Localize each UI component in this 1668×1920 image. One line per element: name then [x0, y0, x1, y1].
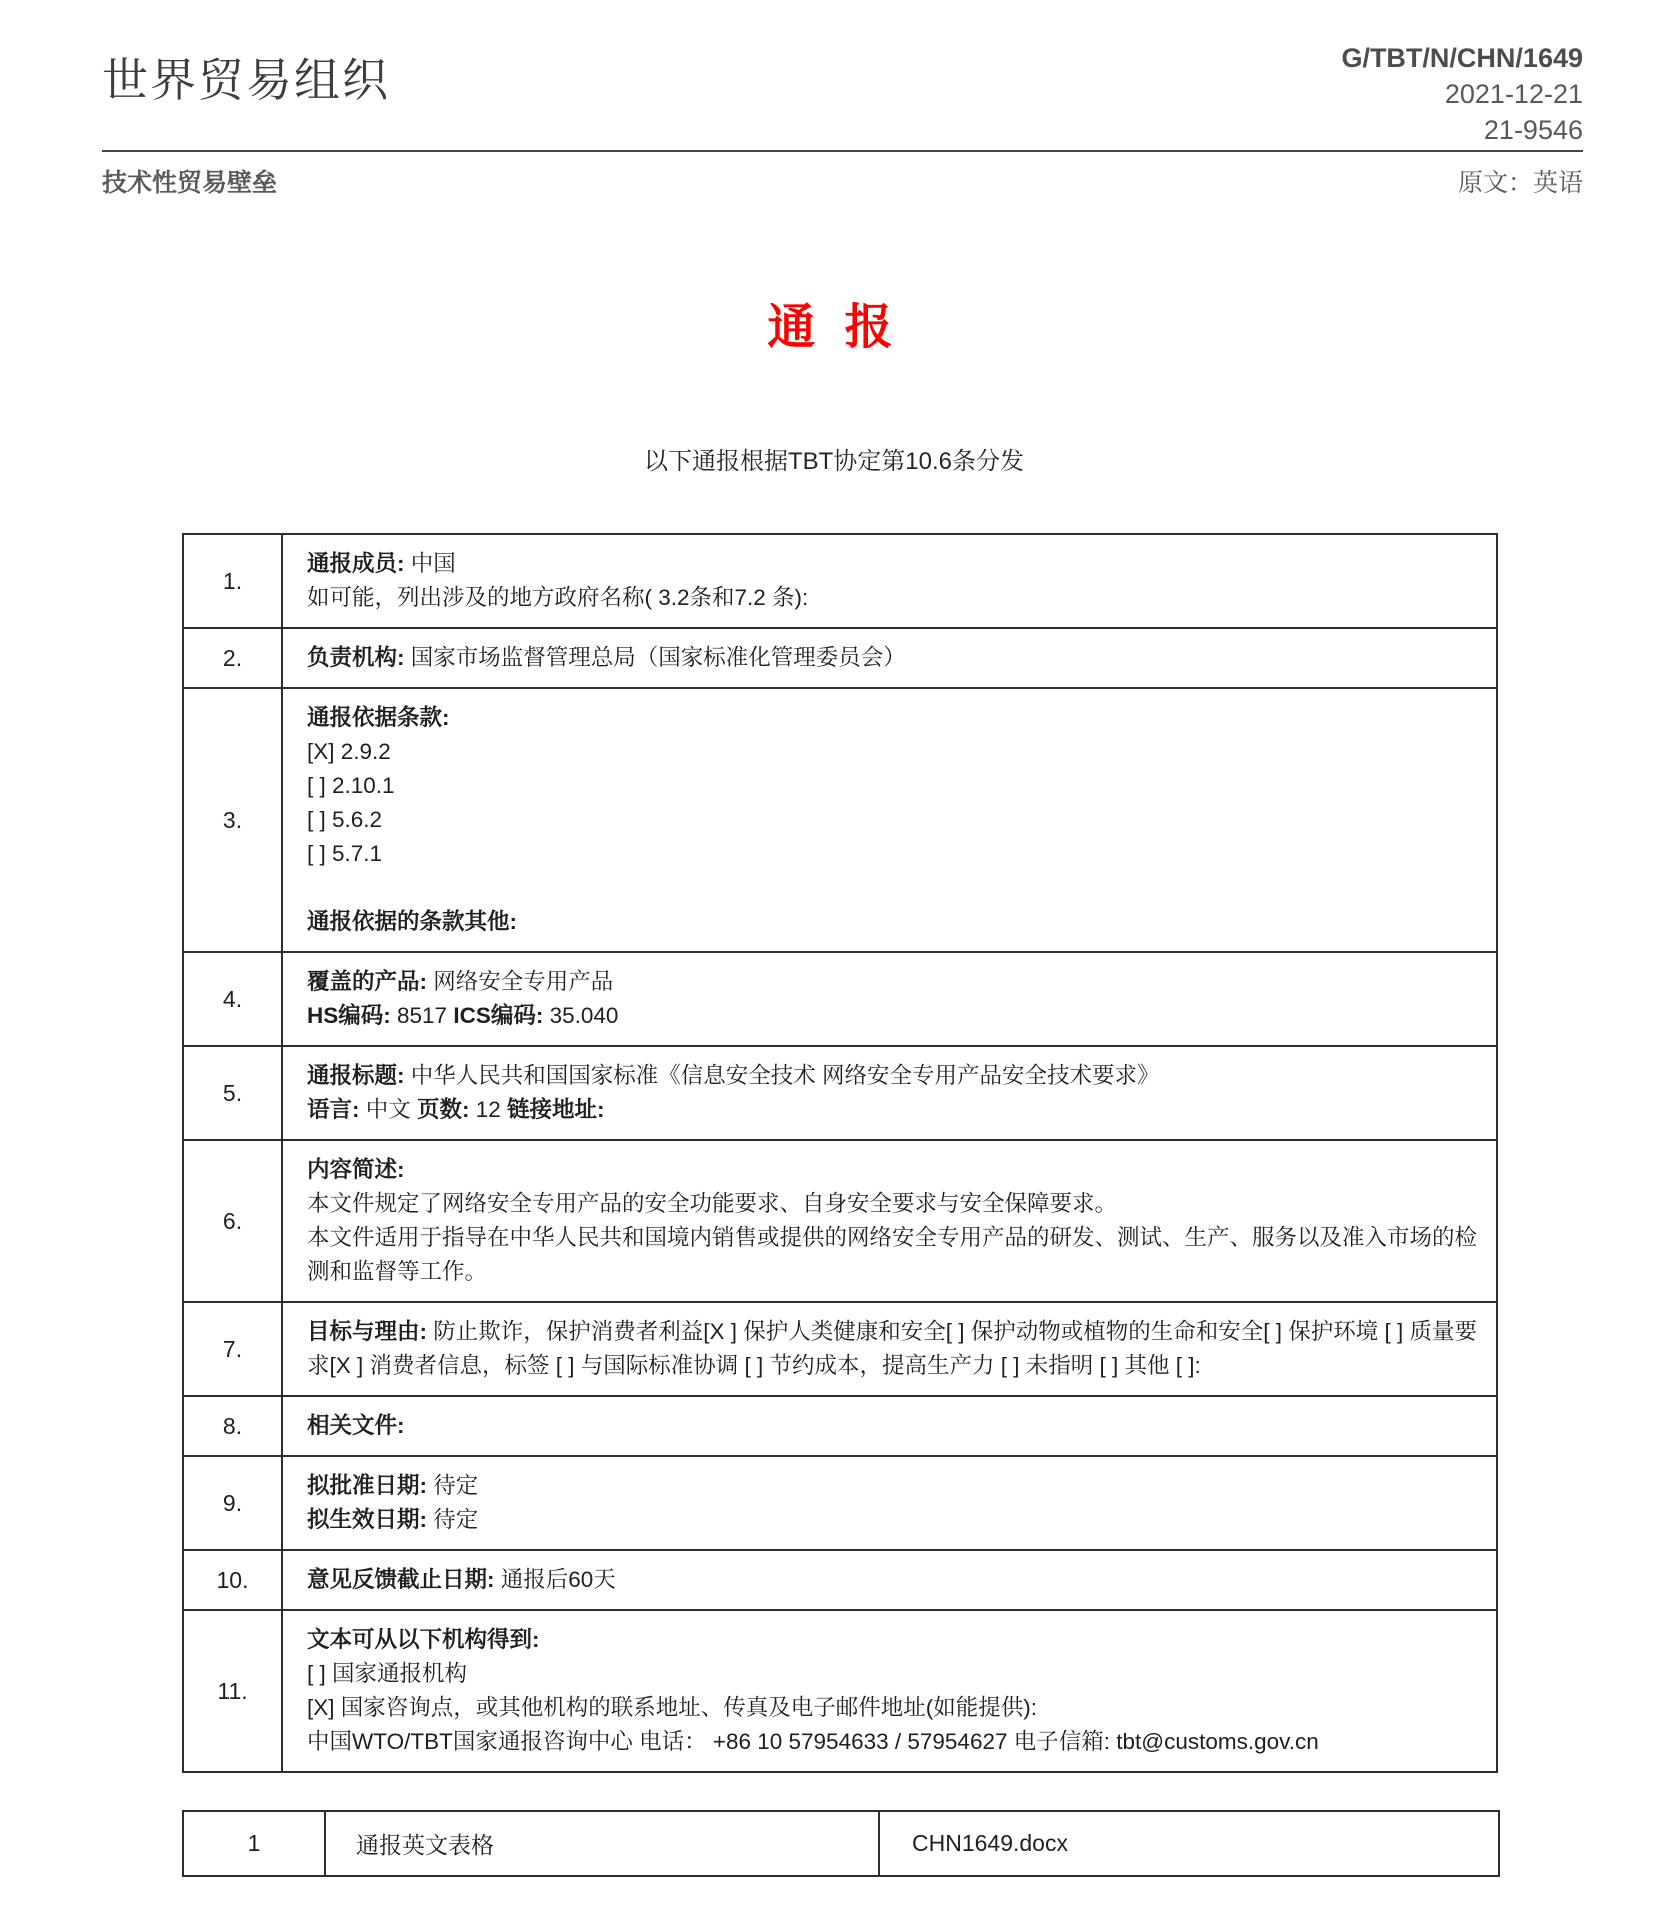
row-content-line: 拟批准日期: 待定 [307, 1469, 1482, 1503]
field-label: 文本可从以下机构得到: [307, 1627, 540, 1652]
document-date: 2021-12-21 [1341, 76, 1583, 112]
table-row: 8.相关文件: [183, 1396, 1497, 1456]
row-content: 拟批准日期: 待定拟生效日期: 待定 [282, 1456, 1497, 1550]
field-value: 12 [470, 1097, 508, 1122]
document-reference-block: G/TBT/N/CHN/1649 2021-12-21 21-9546 [1341, 40, 1583, 148]
field-label: 通报成员: [307, 551, 405, 576]
row-content-line: 本文件规定了网络安全专用产品的安全功能要求、自身安全要求与安全保障要求。 [307, 1187, 1482, 1221]
field-label: ICS编码: [453, 1003, 543, 1028]
field-value: 本文件适用于指导在中华人民共和国境内销售或提供的网络安全专用产品的研发、测试、生… [307, 1225, 1477, 1284]
row-content-line: 本文件适用于指导在中华人民共和国境内销售或提供的网络安全专用产品的研发、测试、生… [307, 1221, 1482, 1289]
attachment-index: 1 [183, 1811, 325, 1876]
field-value: 待定 [427, 1473, 478, 1498]
attachments-table: 1 通报英文表格 CHN1649.docx [182, 1810, 1500, 1877]
notification-table-body: 1.通报成员: 中国如可能，列出涉及的地方政府名称( 3.2条和7.2 条):2… [183, 534, 1497, 1772]
field-value: [X] 2.9.2 [307, 739, 391, 764]
row-content: 意见反馈截止日期: 通报后60天 [282, 1550, 1497, 1610]
field-label: 通报依据的条款其他: [307, 909, 517, 934]
table-row: 10.意见反馈截止日期: 通报后60天 [183, 1550, 1497, 1610]
row-content-line: [ ] 2.10.1 [307, 769, 1482, 803]
field-label: 拟批准日期: [307, 1473, 427, 1498]
table-row: 11.文本可从以下机构得到:[ ] 国家通报机构[X] 国家咨询点，或其他机构的… [183, 1610, 1497, 1772]
field-label: HS编码: [307, 1003, 391, 1028]
row-content-line: [X] 2.9.2 [307, 735, 1482, 769]
table-row: 2.负责机构: 国家市场监督管理总局（国家标准化管理委员会） [183, 628, 1497, 688]
field-value: [X] 国家咨询点，或其他机构的联系地址、传真及电子邮件地址(如能提供): [307, 1695, 1037, 1720]
attachments-table-body: 1 通报英文表格 CHN1649.docx [183, 1811, 1499, 1876]
row-number: 7. [183, 1302, 282, 1396]
field-value: 通报后60天 [495, 1567, 616, 1592]
row-content: 覆盖的产品: 网络安全专用产品HS编码: 8517 ICS编码: 35.040 [282, 952, 1497, 1046]
field-value: 网络安全专用产品 [427, 969, 613, 994]
field-label: 负责机构: [307, 645, 405, 670]
attachment-label: 通报英文表格 [325, 1811, 879, 1876]
field-label: 拟生效日期: [307, 1507, 427, 1532]
header-divider [102, 150, 1583, 152]
row-content: 文本可从以下机构得到:[ ] 国家通报机构[X] 国家咨询点，或其他机构的联系地… [282, 1610, 1497, 1772]
field-value: 中国WTO/TBT国家通报咨询中心 电话： +86 10 57954633 / … [307, 1729, 1319, 1754]
row-content-line: 目标与理由: 防止欺诈，保护消费者利益[X ] 保护人类健康和安全[ ] 保护动… [307, 1315, 1482, 1383]
field-value: [ ] 国家通报机构 [307, 1661, 467, 1686]
row-content-line: 通报依据条款: [307, 701, 1482, 735]
field-value: [ ] 5.7.1 [307, 841, 382, 866]
row-content-line: 通报成员: 中国 [307, 547, 1482, 581]
row-content-line: 拟生效日期: 待定 [307, 1503, 1482, 1537]
row-number: 6. [183, 1140, 282, 1302]
field-label: 链接地址: [507, 1097, 605, 1122]
distribution-note: 以下通报根据TBT协定第10.6条分发 [0, 441, 1668, 476]
field-value: 本文件规定了网络安全专用产品的安全功能要求、自身安全要求与安全保障要求。 [307, 1191, 1117, 1216]
row-number: 2. [183, 628, 282, 688]
field-label: 通报标题: [307, 1063, 405, 1088]
row-content-line: 内容简述: [307, 1153, 1482, 1187]
row-content-line: [ ] 国家通报机构 [307, 1657, 1482, 1691]
field-label: 通报依据条款: [307, 705, 450, 730]
field-label: 覆盖的产品: [307, 969, 427, 994]
table-row: 3.通报依据条款:[X] 2.9.2[ ] 2.10.1[ ] 5.6.2[ ]… [183, 688, 1497, 952]
field-label: 内容简述: [307, 1157, 405, 1182]
original-language: 原文：英语 [1458, 163, 1583, 199]
field-value: [ ] 2.10.1 [307, 773, 395, 798]
field-value: 中国 [405, 551, 456, 576]
row-number: 3. [183, 688, 282, 952]
row-content: 目标与理由: 防止欺诈，保护消费者利益[X ] 保护人类健康和安全[ ] 保护动… [282, 1302, 1497, 1396]
field-value: 国家市场监督管理总局（国家标准化管理委员会） [405, 645, 906, 670]
table-row: 9.拟批准日期: 待定拟生效日期: 待定 [183, 1456, 1497, 1550]
row-number: 4. [183, 952, 282, 1046]
row-content: 内容简述:本文件规定了网络安全专用产品的安全功能要求、自身安全要求与安全保障要求… [282, 1140, 1497, 1302]
row-content-line: 中国WTO/TBT国家通报咨询中心 电话： +86 10 57954633 / … [307, 1725, 1482, 1759]
field-value: 防止欺诈，保护消费者利益[X ] 保护人类健康和安全[ ] 保护动物或植物的生命… [307, 1319, 1477, 1378]
row-content-line: 意见反馈截止日期: 通报后60天 [307, 1563, 1482, 1597]
row-number: 11. [183, 1610, 282, 1772]
row-content-line: [ ] 5.7.1 [307, 837, 1482, 871]
row-number: 5. [183, 1046, 282, 1140]
field-value: 35.040 [543, 1003, 618, 1028]
row-content-line: [ ] 5.6.2 [307, 803, 1482, 837]
notification-table: 1.通报成员: 中国如可能，列出涉及的地方政府名称( 3.2条和7.2 条):2… [182, 533, 1498, 1773]
row-content-line: 语言: 中文 页数: 12 链接地址: [307, 1093, 1482, 1127]
field-label: 页数: [417, 1097, 470, 1122]
field-label: 相关文件: [307, 1413, 405, 1438]
row-number: 9. [183, 1456, 282, 1550]
row-content: 相关文件: [282, 1396, 1497, 1456]
field-value: 待定 [427, 1507, 478, 1532]
table-row: 4.覆盖的产品: 网络安全专用产品HS编码: 8517 ICS编码: 35.04… [183, 952, 1497, 1046]
subheader: 技术性贸易壁垒 原文：英语 [102, 163, 1583, 199]
row-content-line: 通报依据的条款其他: [307, 905, 1482, 939]
row-number: 8. [183, 1396, 282, 1456]
table-row: 6.内容简述:本文件规定了网络安全专用产品的安全功能要求、自身安全要求与安全保障… [183, 1140, 1497, 1302]
attachment-row: 1 通报英文表格 CHN1649.docx [183, 1811, 1499, 1876]
field-value: 中华人民共和国国家标准《信息安全技术 网络安全专用产品安全技术要求》 [405, 1063, 1160, 1088]
row-content: 通报成员: 中国如可能，列出涉及的地方政府名称( 3.2条和7.2 条): [282, 534, 1497, 628]
org-name: 世界贸易组织 [102, 44, 390, 110]
document-ref-number: 21-9546 [1341, 112, 1583, 148]
row-content-line: 如可能，列出涉及的地方政府名称( 3.2条和7.2 条): [307, 581, 1482, 615]
table-row: 1.通报成员: 中国如可能，列出涉及的地方政府名称( 3.2条和7.2 条): [183, 534, 1497, 628]
attachment-file: CHN1649.docx [879, 1811, 1499, 1876]
row-content-line: 通报标题: 中华人民共和国国家标准《信息安全技术 网络安全专用产品安全技术要求》 [307, 1059, 1482, 1093]
field-label: 意见反馈截止日期: [307, 1567, 495, 1592]
row-content: 通报标题: 中华人民共和国国家标准《信息安全技术 网络安全专用产品安全技术要求》… [282, 1046, 1497, 1140]
document-page: 世界贸易组织 G/TBT/N/CHN/1649 2021-12-21 21-95… [0, 0, 1668, 1920]
row-content-line: 覆盖的产品: 网络安全专用产品 [307, 965, 1482, 999]
row-content-line: 负责机构: 国家市场监督管理总局（国家标准化管理委员会） [307, 641, 1482, 675]
field-value: 8517 [391, 1003, 454, 1028]
notification-title: 通 报 [0, 288, 1668, 357]
committee-name: 技术性贸易壁垒 [102, 163, 277, 199]
row-number: 10. [183, 1550, 282, 1610]
row-number: 1. [183, 534, 282, 628]
row-content-line: 文本可从以下机构得到: [307, 1623, 1482, 1657]
row-content-line: HS编码: 8517 ICS编码: 35.040 [307, 999, 1482, 1033]
field-value: [ ] 5.6.2 [307, 807, 382, 832]
field-label: 语言: [307, 1097, 360, 1122]
row-content: 负责机构: 国家市场监督管理总局（国家标准化管理委员会） [282, 628, 1497, 688]
document-number: G/TBT/N/CHN/1649 [1341, 40, 1583, 76]
field-value: 中文 [360, 1097, 418, 1122]
row-content-line [307, 871, 1482, 905]
row-content: 通报依据条款:[X] 2.9.2[ ] 2.10.1[ ] 5.6.2[ ] 5… [282, 688, 1497, 952]
field-label: 目标与理由: [307, 1319, 427, 1344]
table-row: 5.通报标题: 中华人民共和国国家标准《信息安全技术 网络安全专用产品安全技术要… [183, 1046, 1497, 1140]
row-content-line: 相关文件: [307, 1409, 1482, 1443]
row-content-line: [X] 国家咨询点，或其他机构的联系地址、传真及电子邮件地址(如能提供): [307, 1691, 1482, 1725]
field-value: 如可能，列出涉及的地方政府名称( 3.2条和7.2 条): [307, 585, 808, 610]
table-row: 7.目标与理由: 防止欺诈，保护消费者利益[X ] 保护人类健康和安全[ ] 保… [183, 1302, 1497, 1396]
